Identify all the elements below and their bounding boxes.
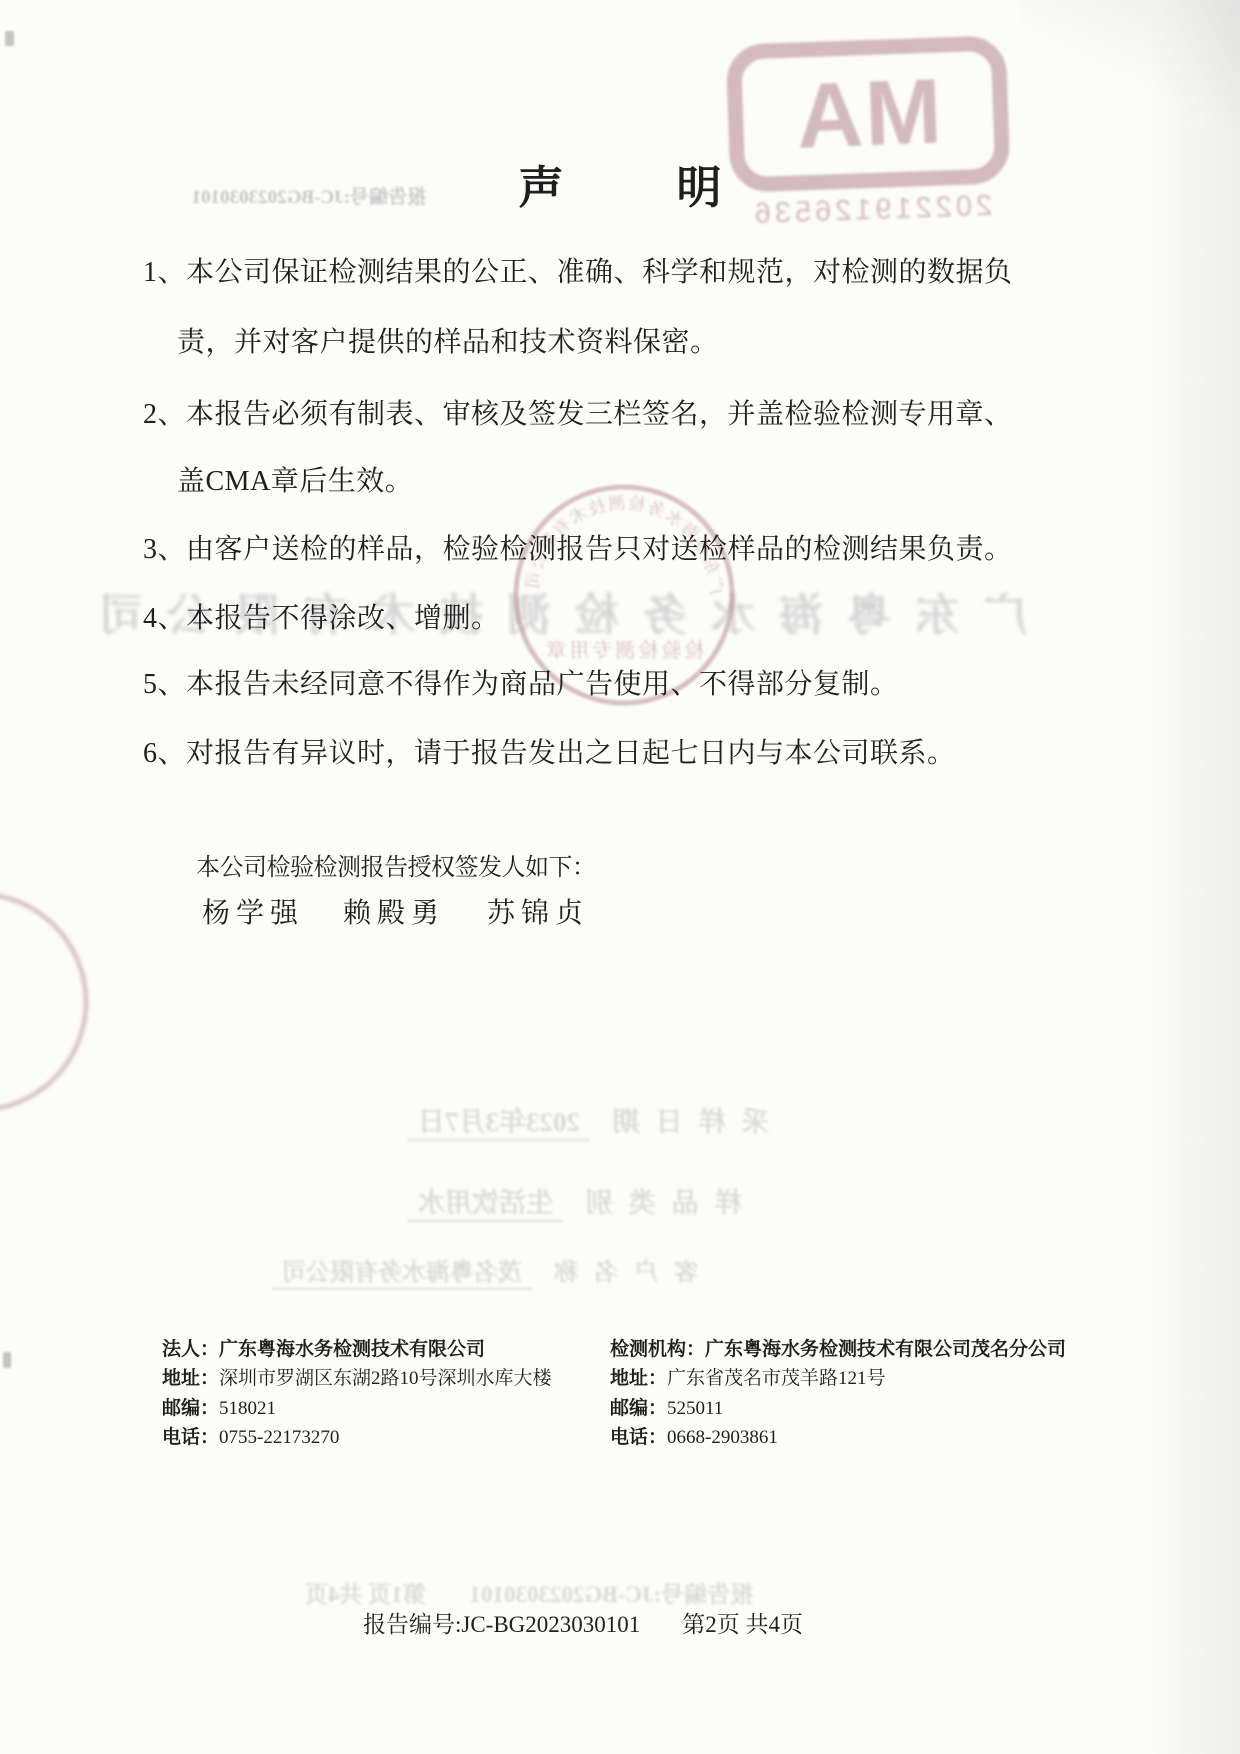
authorized-signers: 杨学强 赖殿勇 苏锦贞 [202, 891, 589, 931]
field-label: 邮编： [610, 1398, 667, 1419]
field-value: 广东省茂名市茂羊路121号 [667, 1368, 886, 1389]
scan-corner-shading [1020, 0, 1240, 150]
statement-item-1-line-1: 1、本公司保证检测结果的公正、准确、科学和规范，对检测的数据负 [143, 250, 1013, 290]
field-value: 茂名粤海水务有限公司 [272, 1260, 532, 1290]
signer-name: 赖殿勇 [343, 898, 445, 929]
field-value: 0668-2903861 [667, 1427, 778, 1448]
authorized-signers-intro: 本公司检验检测报告授权签发人如下： [196, 847, 596, 882]
legal-entity-line: 法人：广东粤海水务检测技术有限公司 [162, 1334, 485, 1361]
field-value: 518021 [219, 1398, 276, 1419]
client-name-bleedthrough: 客户名称 茂名粤海水务有限公司 [272, 1252, 716, 1287]
signer-name: 杨学强 [202, 898, 304, 929]
page-indicator: 第2页 共4页 [682, 1612, 803, 1637]
field-label: 电话： [610, 1427, 667, 1448]
statement-item-5: 5、本报告未经同意不得作为商品广告使用、不得部分复制。 [143, 662, 899, 702]
statement-item-2-line-1: 2、本报告必须有制表、审核及签发三栏签名，并盖检验检测专用章、 [143, 392, 1013, 432]
postcode-line: 邮编：525011 [610, 1393, 723, 1420]
field-label: 电话： [162, 1427, 219, 1448]
field-label: 法人： [162, 1339, 219, 1360]
item-number: 4、 [143, 603, 186, 634]
item-number: 5、 [143, 669, 186, 700]
sampling-date-bleedthrough: 采样日期 2023年3月7日 [408, 1100, 787, 1139]
report-footer: 报告编号:JC-BG2023030101第2页 共4页 [363, 1606, 803, 1639]
field-value: 525011 [667, 1398, 723, 1419]
field-label: 客户名称 [538, 1260, 698, 1286]
postcode-line: 邮编：518021 [162, 1393, 276, 1420]
field-label: 样品类别 [570, 1188, 742, 1218]
field-value: 广东粤海水务检测技术有限公司 [219, 1339, 485, 1360]
item-number: 3、 [143, 534, 186, 565]
address-line: 地址：深圳市罗湖区东湖2路10号深圳水库大楼 [162, 1363, 552, 1390]
statement-item-3: 3、由客户送检的样品，检验检测报告只对送检样品的检测结果负责。 [143, 527, 1013, 567]
document-page: 报告编号:JC-BG2023030101 MA 202219126536 广东粤… [0, 0, 1240, 1754]
field-value: 广东粤海水务检测技术有限公司茂名分公司 [705, 1339, 1066, 1360]
statement-item-1-line-2: 责，并对客户提供的样品和技术资料保密。 [177, 320, 719, 360]
page-indicator: 第1页 共4页 [305, 1582, 426, 1607]
footer-bleedthrough: 报告编号:JC-BG2023030101 第1页 共4页 [305, 1576, 753, 1609]
item-number: 6、 [143, 738, 186, 769]
field-label: 地址： [610, 1368, 667, 1389]
address-line: 地址：广东省茂名市茂羊路121号 [610, 1363, 886, 1390]
field-label: 采样日期 [597, 1107, 769, 1137]
scan-edge-shading [1148, 0, 1240, 1754]
scan-speck [3, 1352, 11, 1368]
round-seal-caption: 检验检测专用章 [544, 639, 705, 662]
field-value: 生活饮用水 [408, 1188, 563, 1222]
sample-type-bleedthrough: 样品类别 生活饮用水 [408, 1181, 760, 1220]
phone-line: 电话：0668-2903861 [610, 1422, 778, 1449]
field-value: 2023年3月7日 [408, 1107, 590, 1141]
scan-speck [5, 31, 14, 46]
field-label: 邮编： [162, 1398, 219, 1419]
field-value: 0755-22173270 [219, 1427, 339, 1448]
signer-name: 苏锦贞 [487, 898, 589, 929]
report-number: 报告编号:JC-BG2023030101 [363, 1612, 640, 1637]
statement-item-6: 6、对报告有异议时，请于报告发出之日起七日内与本公司联系。 [143, 731, 956, 771]
statement-item-2-line-2: 盖CMA章后生效。 [177, 459, 413, 499]
item-number: 1、 [143, 257, 186, 288]
phone-line: 电话：0755-22173270 [162, 1422, 339, 1449]
page-title: 声 明 [0, 151, 1240, 216]
field-label: 地址： [162, 1368, 219, 1389]
cma-stamp-letters: MA [793, 65, 943, 162]
report-number: 报告编号:JC-BG2023030101 [470, 1582, 754, 1607]
field-label: 检测机构： [610, 1339, 705, 1360]
field-value: 深圳市罗湖区东湖2路10号深圳水库大楼 [219, 1368, 552, 1389]
item-number: 2、 [143, 399, 186, 430]
testing-agency-line: 检测机构：广东粤海水务检测技术有限公司茂名分公司 [610, 1334, 1066, 1361]
statement-item-4: 4、本报告不得涂改、增删。 [143, 596, 500, 636]
left-edge-seal-bleedthrough-icon: 测专用章 粤海水务 [0, 872, 108, 1132]
